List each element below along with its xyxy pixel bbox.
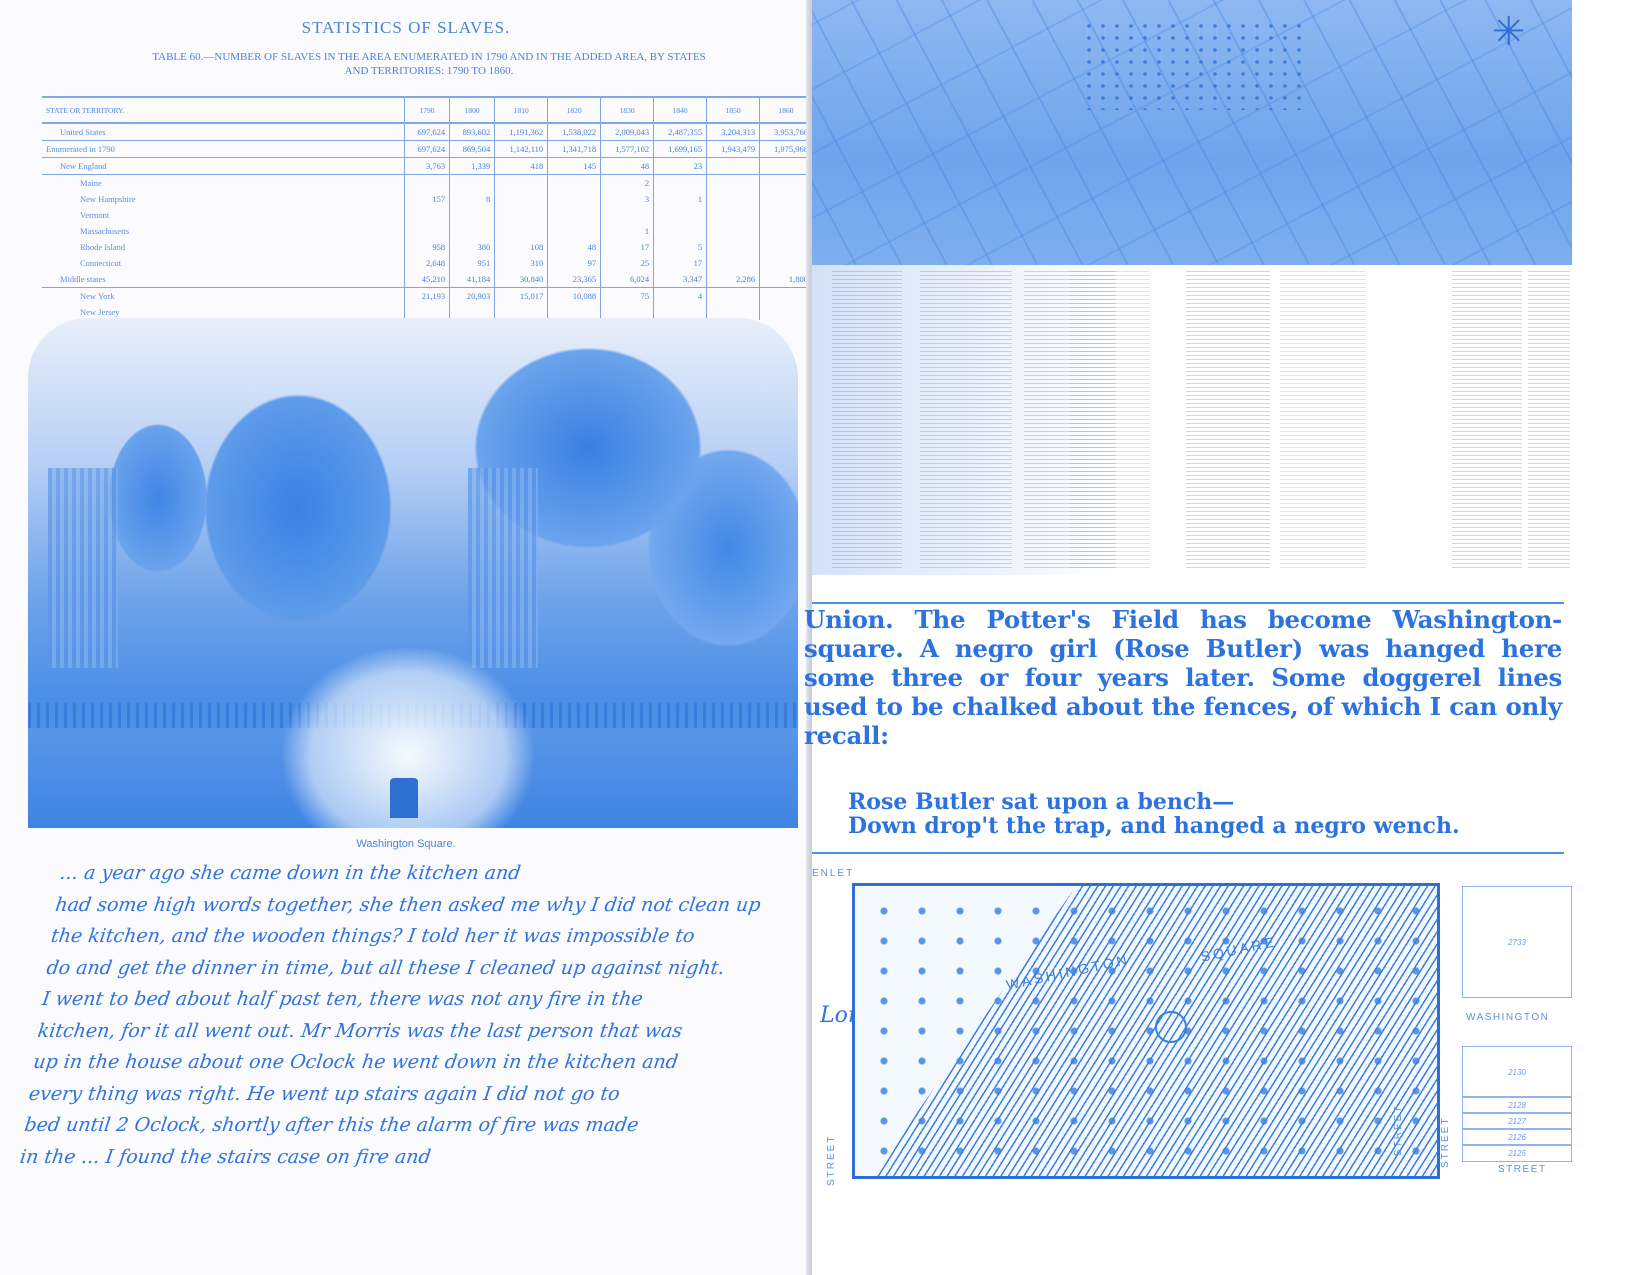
table-cell (548, 207, 601, 223)
building-right (468, 468, 538, 668)
table-cell (450, 223, 495, 239)
table-cell (495, 191, 548, 207)
row-label: New York (42, 288, 405, 305)
table-cell: 1,339 (450, 158, 495, 175)
old-city-map: ✳ (812, 0, 1572, 265)
lot: 2125 (1462, 1144, 1572, 1162)
table-row: New York21,19320,90315,01710,088754 (42, 288, 812, 305)
table-row: Middle states45,21041,18430,84023,3656,0… (42, 271, 812, 288)
table-cell (760, 255, 812, 271)
table-heading: STATISTICS OF SLAVES. (0, 18, 812, 38)
table-cell: 1,538,022 (548, 123, 601, 141)
letter-line: the kitchen, and the wooden things? I to… (49, 921, 823, 953)
row-label: New Hampshire (42, 191, 405, 207)
table-cell: 41,184 (450, 271, 495, 288)
table-cell (707, 191, 760, 207)
illustration-caption: Washington Square. (0, 838, 812, 850)
newspaper-column (832, 271, 902, 571)
divider-rule (812, 602, 1564, 604)
column-header: 1860 (760, 97, 812, 123)
table-cell: 48 (601, 158, 654, 175)
table-cell (707, 175, 760, 192)
street-label-bottom: STREET (1498, 1164, 1546, 1175)
article-text: Union. The Potter's Field has become Was… (804, 605, 1562, 750)
street-label-inner: STREET (1393, 1105, 1404, 1156)
table-row: Maine2 (42, 175, 812, 192)
table-cell: 1 (654, 191, 707, 207)
gallows-site-marker (1155, 1011, 1187, 1043)
table-cell: 45,210 (405, 271, 450, 288)
table-cell: 1,800 (760, 271, 812, 288)
newspaper-column (920, 271, 1012, 571)
row-label: New England (42, 158, 405, 175)
table-row: New Hampshire157831 (42, 191, 812, 207)
row-label: Enumerated in 1790 (42, 141, 405, 158)
table-cell: 380 (450, 239, 495, 255)
table-cell: 869,504 (450, 141, 495, 158)
table-row: Connecticut2,648951310972517 (42, 255, 812, 271)
table-cell (707, 158, 760, 175)
letter-line: ... a year ago she came down in the kitc… (58, 858, 832, 890)
table-cell (405, 223, 450, 239)
newspaper-column (1280, 271, 1366, 571)
table-row: Enumerated in 1790697,624869,5041,142,11… (42, 141, 812, 158)
letter-line: up in the house about one Oclock he went… (31, 1047, 805, 1079)
table-body: United States697,624893,6021,191,3621,53… (42, 123, 812, 320)
newspaper-column (1528, 271, 1570, 571)
table-cell (760, 239, 812, 255)
table-cell (450, 207, 495, 223)
table-cell (760, 288, 812, 305)
row-label: Middle states (42, 271, 405, 288)
table-cell: 4 (654, 288, 707, 305)
table-cell: 3,204,313 (707, 123, 760, 141)
doggerel-verse: Rose Butler sat upon a bench— Down drop'… (848, 790, 1460, 838)
handwritten-letter: ... a year ago she came down in the kitc… (18, 858, 832, 1173)
table-cell (707, 223, 760, 239)
table-cell: 108 (495, 239, 548, 255)
table-cell: 2 (601, 175, 654, 192)
table-cell: 17 (601, 239, 654, 255)
table-caption-line-1: TABLE 60.—NUMBER OF SLAVES IN THE AREA E… (34, 50, 824, 64)
washington-square-plat-map: ENLET Lon STREET WASHINGTON SQUARE STREE… (812, 868, 1572, 1198)
letter-line: kitchen, for it all went out. Mr Morris … (36, 1016, 810, 1048)
table-cell: 2,009,043 (601, 123, 654, 141)
washington-square-engraving (28, 318, 798, 828)
table-cell: 8 (450, 191, 495, 207)
map-park-dots (1082, 20, 1302, 110)
table-cell: 25 (601, 255, 654, 271)
table-cell: 17 (654, 255, 707, 271)
newspaper-columns (812, 265, 1572, 575)
table-cell: 1,699,165 (654, 141, 707, 158)
column-header: 1790 (405, 97, 450, 123)
table-header-row: STATE OR TERRITORY. 1790 1800 1810 1820 … (42, 97, 812, 123)
table-cell (548, 223, 601, 239)
table-cell: 2,648 (405, 255, 450, 271)
row-label: Vermont (42, 207, 405, 223)
row-label: Maine (42, 175, 405, 192)
table-cell: 951 (450, 255, 495, 271)
table-cell: 30,840 (495, 271, 548, 288)
table-row: Massachusetts1 (42, 223, 812, 239)
table-cell: 145 (548, 158, 601, 175)
table-cell (405, 207, 450, 223)
table-row: Vermont (42, 207, 812, 223)
row-label: Rhode Island (42, 239, 405, 255)
fountain-base (390, 778, 418, 818)
column-header: 1850 (707, 97, 760, 123)
table-cell (707, 239, 760, 255)
street-label-washington: WASHINGTON (1466, 1012, 1549, 1023)
newspaper-column (1070, 271, 1150, 571)
table-cell: 1,142,110 (495, 141, 548, 158)
lot: 2130 (1462, 1046, 1572, 1098)
table-row: New England3,7631,3394181454823 (42, 158, 812, 175)
table-cell: 418 (495, 158, 548, 175)
table-cell (707, 255, 760, 271)
table-cell (654, 175, 707, 192)
table-cell: 310 (495, 255, 548, 271)
table-cell: 6,024 (601, 271, 654, 288)
table-cell: 2,286 (707, 271, 760, 288)
table-cell: 48 (548, 239, 601, 255)
column-header: 1840 (654, 97, 707, 123)
table-cell: 3,763 (405, 158, 450, 175)
divider-rule (812, 852, 1564, 854)
table-cell: 157 (405, 191, 450, 207)
potters-field-hatching (855, 886, 1437, 1176)
table-cell (450, 175, 495, 192)
table-cell (495, 207, 548, 223)
table-caption: TABLE 60.—NUMBER OF SLAVES IN THE AREA E… (34, 50, 824, 78)
slave-statistics-table: STATE OR TERRITORY. 1790 1800 1810 1820 … (42, 96, 812, 320)
table-row: Rhode Island95838010848175 (42, 239, 812, 255)
table-cell (548, 191, 601, 207)
letter-line: every thing was right. He went up stairs… (27, 1079, 801, 1111)
table-cell: 3 (601, 191, 654, 207)
table-caption-line-2: AND TERRITORIES: 1790 TO 1860. (345, 65, 514, 77)
table-cell (760, 304, 812, 320)
table-cell: 958 (405, 239, 450, 255)
building-left (48, 468, 118, 668)
table-cell (654, 223, 707, 239)
table-cell (654, 207, 707, 223)
table-cell: 23,365 (548, 271, 601, 288)
table-cell (760, 158, 812, 175)
table-cell: 697,624 (405, 141, 450, 158)
newspaper-column (1186, 271, 1270, 571)
row-label: Massachusetts (42, 223, 405, 239)
letter-line: had some high words together, she then a… (53, 890, 827, 922)
table-cell: 1 (601, 223, 654, 239)
right-page: ✳ Union. The Potter's Field has become W… (812, 0, 1650, 1275)
column-header: 1800 (450, 97, 495, 123)
table-cell: 1,975,968 (760, 141, 812, 158)
table-cell: 20,903 (450, 288, 495, 305)
table-cell: 75 (601, 288, 654, 305)
table-cell (707, 288, 760, 305)
street-label-top: ENLET (812, 868, 854, 879)
table-cell (548, 175, 601, 192)
table-cell: 10,088 (548, 288, 601, 305)
lot: 2733 (1462, 886, 1572, 998)
table-cell: 1,943,479 (707, 141, 760, 158)
park-outline: WASHINGTON SQUARE STREET (852, 883, 1440, 1179)
table-cell (601, 207, 654, 223)
column-header: 1830 (601, 97, 654, 123)
table-cell: 1,341,718 (548, 141, 601, 158)
table-cell: 21,193 (405, 288, 450, 305)
table-cell (405, 175, 450, 192)
newspaper-column (1452, 271, 1522, 571)
table-cell (760, 191, 812, 207)
column-header: 1820 (548, 97, 601, 123)
table-cell: 5 (654, 239, 707, 255)
letter-line: do and get the dinner in time, but all t… (44, 953, 818, 985)
verse-line-2: Down drop't the trap, and hanged a negro… (848, 814, 1460, 838)
row-label: Connecticut (42, 255, 405, 271)
letter-line: bed until 2 Oclock, shortly after this t… (22, 1110, 796, 1142)
table-cell: 15,017 (495, 288, 548, 305)
column-header: 1810 (495, 97, 548, 123)
table-cell (760, 207, 812, 223)
table-cell: 3,953,760 (760, 123, 812, 141)
table-cell (760, 175, 812, 192)
letter-line: I went to bed about half past ten, there… (40, 984, 814, 1016)
table-cell (707, 207, 760, 223)
table-cell: 23 (654, 158, 707, 175)
adjacent-lots: 2733 WASHINGTON 2130 2128 2127 2126 2125… (1458, 886, 1570, 1176)
table-cell: 3,347 (654, 271, 707, 288)
column-header: STATE OR TERRITORY. (42, 97, 405, 123)
compass-rose-icon: ✳ (1492, 8, 1526, 55)
table-cell (495, 175, 548, 192)
table-cell: 1,191,362 (495, 123, 548, 141)
verse-line-1: Rose Butler sat upon a bench— (848, 790, 1460, 814)
table-cell: 1,577,102 (601, 141, 654, 158)
table-cell: 97 (548, 255, 601, 271)
table-cell: 893,602 (450, 123, 495, 141)
letter-line: in the ... I found the stairs case on fi… (18, 1142, 792, 1174)
table-cell: 697,624 (405, 123, 450, 141)
left-page: STATISTICS OF SLAVES. TABLE 60.—NUMBER O… (0, 0, 812, 1275)
table-cell: 2,487,355 (654, 123, 707, 141)
street-label-left: STREET (826, 1135, 837, 1186)
row-label: United States (42, 123, 405, 141)
table-cell (495, 223, 548, 239)
table-row: United States697,624893,6021,191,3621,53… (42, 123, 812, 141)
table-cell (760, 223, 812, 239)
street-label-right: STREET (1440, 1117, 1451, 1168)
